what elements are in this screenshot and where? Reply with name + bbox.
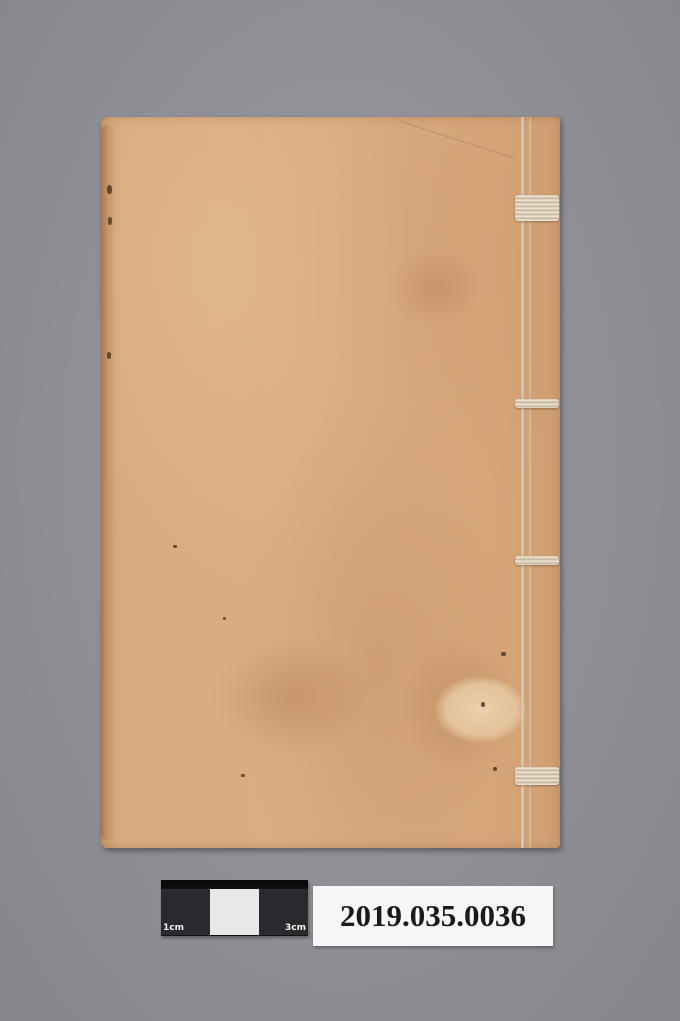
wormhole [493, 767, 497, 771]
scale-label-3cm: 3cm [285, 923, 306, 933]
binding-stitch [515, 399, 559, 408]
accession-number: 2019.035.0036 [340, 898, 526, 934]
wormhole [173, 545, 177, 548]
binding-thread [529, 117, 531, 848]
wormhole [481, 702, 485, 707]
wormhole [241, 774, 245, 777]
accession-number-label: 2019.035.0036 [313, 886, 553, 946]
artifact-photo: 1cm 3cm 2019.035.0036 [0, 0, 680, 1021]
book [101, 117, 560, 848]
binding-stitch [515, 195, 559, 221]
scale-bar: 1cm 3cm [161, 880, 308, 936]
worn-patch [436, 677, 526, 742]
binding-thread [521, 117, 524, 848]
stain [391, 247, 481, 327]
binding-stitch [515, 556, 559, 565]
cover-tear [388, 121, 515, 197]
wormhole [108, 217, 112, 225]
scale-bar-top-strip [161, 880, 308, 887]
wormhole [501, 652, 506, 656]
wormhole [107, 185, 112, 194]
wormhole [223, 617, 226, 620]
stain [211, 637, 371, 757]
scale-segment-white [210, 889, 259, 935]
binding-stitch [515, 767, 559, 785]
scale-label-1cm: 1cm [163, 923, 184, 933]
wormhole [107, 352, 111, 359]
book-spine-edge [101, 125, 115, 840]
